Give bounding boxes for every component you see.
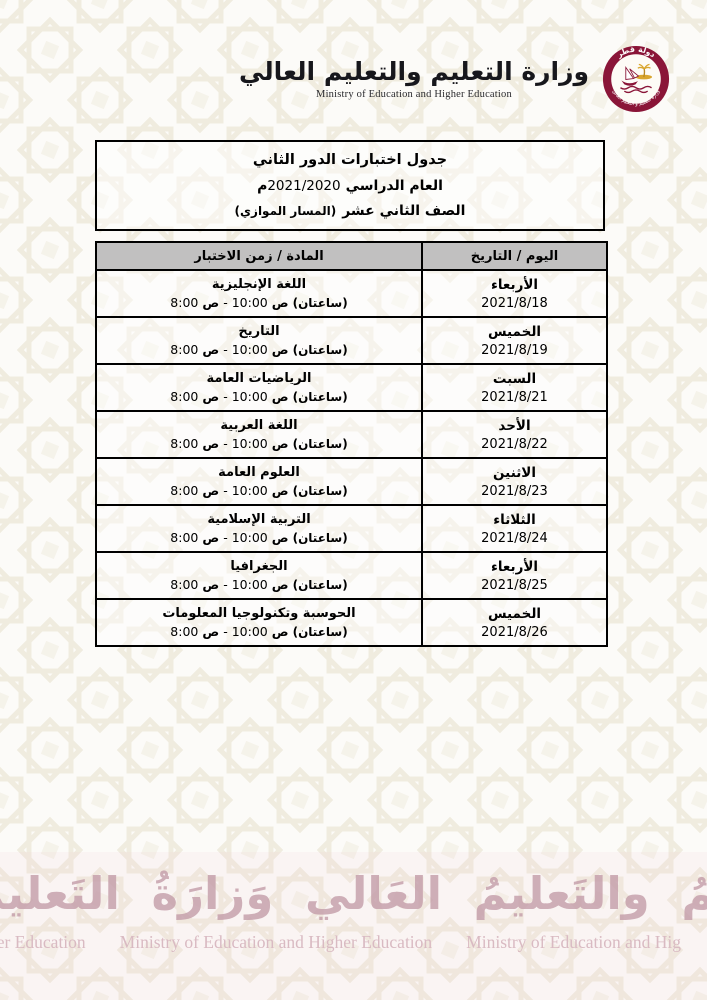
end-time: 10:00 [232, 436, 268, 451]
subject-cell: التاريخ 8:00 ص - 10:00 ص (ساعتان) [96, 317, 422, 364]
day-name: الأربعاء [423, 277, 606, 293]
end-time: 10:00 [232, 295, 268, 310]
exam-time: 8:00 ص - 10:00 ص (ساعتان) [97, 624, 421, 639]
academic-year-suffix: م [257, 178, 267, 194]
start-time: 8:00 [170, 295, 198, 310]
time-dash: - [223, 342, 228, 357]
am-marker: ص [202, 577, 219, 592]
duration-label: (ساعتان) [293, 437, 348, 451]
day-cell: السبت 2021/8/21 [422, 364, 607, 411]
exam-date: 2021/8/26 [423, 625, 606, 640]
day-name: الخميس [423, 606, 606, 622]
subject-cell: التربية الإسلامية 8:00 ص - 10:00 ص (ساعت… [96, 505, 422, 552]
qatar-emblem-icon: دولة قطر وزارة التعليم و التعليم العالي [601, 44, 671, 114]
start-time: 8:00 [170, 436, 198, 451]
grade-label: الصف الثاني عشر [342, 203, 465, 219]
table-row: التربية الإسلامية 8:00 ص - 10:00 ص (ساعت… [96, 505, 607, 552]
subject-cell: الرياضيات العامة 8:00 ص - 10:00 ص (ساعتا… [96, 364, 422, 411]
exam-date: 2021/8/18 [423, 296, 606, 311]
day-cell: الخميس 2021/8/26 [422, 599, 607, 646]
table-row: الرياضيات العامة 8:00 ص - 10:00 ص (ساعتا… [96, 364, 607, 411]
duration-label: (ساعتان) [293, 578, 348, 592]
ministry-name-arabic: وزارة التعليم والتعليم العالي [239, 58, 589, 86]
table-row: الحوسبة وتكنولوجيا المعلومات 8:00 ص - 10… [96, 599, 607, 646]
duration-label: (ساعتان) [293, 531, 348, 545]
subject-name: العلوم العامة [97, 465, 421, 480]
subject-cell: العلوم العامة 8:00 ص - 10:00 ص (ساعتان) [96, 458, 422, 505]
subject-name: الرياضيات العامة [97, 371, 421, 386]
time-dash: - [223, 530, 228, 545]
time-dash: - [223, 624, 228, 639]
day-cell: الخميس 2021/8/19 [422, 317, 607, 364]
subject-name: الحوسبة وتكنولوجيا المعلومات [97, 606, 421, 621]
schedule-title: جدول اختبارات الدور الثاني [253, 152, 447, 168]
subject-name: الجغرافيا [97, 559, 421, 574]
end-time: 10:00 [232, 389, 268, 404]
table-row: اللغة العربية 8:00 ص - 10:00 ص (ساعتان) … [96, 411, 607, 458]
duration-label: (ساعتان) [293, 390, 348, 404]
subject-name: التاريخ [97, 324, 421, 339]
am-marker: ص [272, 436, 289, 451]
am-marker: ص [272, 483, 289, 498]
day-cell: الاثنين 2021/8/23 [422, 458, 607, 505]
start-time: 8:00 [170, 577, 198, 592]
watermark-english-segment: her Education [0, 932, 86, 953]
time-dash: - [223, 295, 228, 310]
subject-cell: اللغة العربية 8:00 ص - 10:00 ص (ساعتان) [96, 411, 422, 458]
am-marker: ص [202, 295, 219, 310]
end-time: 10:00 [232, 483, 268, 498]
ministry-header: وزارة التعليم والتعليم العالي Ministry o… [239, 44, 671, 114]
day-name: السبت [423, 371, 606, 387]
subject-name: اللغة الإنجليزية [97, 277, 421, 292]
am-marker: ص [272, 389, 289, 404]
time-dash: - [223, 389, 228, 404]
day-name: الأربعاء [423, 559, 606, 575]
watermark-english: her EducationMinistry of Education and H… [0, 932, 707, 953]
duration-label: (ساعتان) [293, 625, 348, 639]
start-time: 8:00 [170, 483, 198, 498]
ministry-name-english: Ministry of Education and Higher Educati… [316, 89, 512, 100]
day-name: الخميس [423, 324, 606, 340]
start-time: 8:00 [170, 624, 198, 639]
subject-cell: الجغرافيا 8:00 ص - 10:00 ص (ساعتان) [96, 552, 422, 599]
am-marker: ص [202, 389, 219, 404]
exam-time: 8:00 ص - 10:00 ص (ساعتان) [97, 295, 421, 310]
day-name: الاثنين [423, 465, 606, 481]
day-cell: الأربعاء 2021/8/18 [422, 270, 607, 317]
time-dash: - [223, 436, 228, 451]
table-row: التاريخ 8:00 ص - 10:00 ص (ساعتان) الخميس… [96, 317, 607, 364]
am-marker: ص [272, 295, 289, 310]
exam-time: 8:00 ص - 10:00 ص (ساعتان) [97, 436, 421, 451]
subject-name: اللغة العربية [97, 418, 421, 433]
am-marker: ص [272, 530, 289, 545]
exam-date: 2021/8/21 [423, 390, 606, 405]
exam-date: 2021/8/23 [423, 484, 606, 499]
am-marker: ص [272, 577, 289, 592]
subject-name: التربية الإسلامية [97, 512, 421, 527]
time-dash: - [223, 483, 228, 498]
subject-cell: اللغة الإنجليزية 8:00 ص - 10:00 ص (ساعتا… [96, 270, 422, 317]
exam-date: 2021/8/24 [423, 531, 606, 546]
am-marker: ص [202, 483, 219, 498]
academic-year-value: 2021/2020 [267, 178, 340, 194]
end-time: 10:00 [232, 624, 268, 639]
end-time: 10:00 [232, 342, 268, 357]
am-marker: ص [272, 342, 289, 357]
day-cell: الثلاثاء 2021/8/24 [422, 505, 607, 552]
grade-line: الصف الثاني عشر (المسار الموازي) [235, 203, 466, 219]
exam-time: 8:00 ص - 10:00 ص (ساعتان) [97, 577, 421, 592]
watermark-arabic: ليمُ والتَعليمُ العَالي وَزارَةُ التَعلي… [0, 860, 707, 928]
ministry-wordmark: وزارة التعليم والتعليم العالي Ministry o… [239, 58, 589, 101]
day-cell: الأربعاء 2021/8/25 [422, 552, 607, 599]
subject-column-header: المادة / زمن الاختبار [96, 242, 422, 270]
time-dash: - [223, 577, 228, 592]
am-marker: ص [202, 624, 219, 639]
start-time: 8:00 [170, 342, 198, 357]
duration-label: (ساعتان) [293, 343, 348, 357]
end-time: 10:00 [232, 530, 268, 545]
exam-date: 2021/8/19 [423, 343, 606, 358]
document-page: وزارة التعليم والتعليم العالي Ministry o… [0, 0, 707, 1000]
am-marker: ص [272, 624, 289, 639]
table-row: اللغة الإنجليزية 8:00 ص - 10:00 ص (ساعتا… [96, 270, 607, 317]
day-column-header: اليوم / التاريخ [422, 242, 607, 270]
table-header-row: المادة / زمن الاختبار اليوم / التاريخ [96, 242, 607, 270]
watermark-english-segment: Ministry of Education and Higher Educati… [120, 932, 433, 953]
start-time: 8:00 [170, 530, 198, 545]
duration-label: (ساعتان) [293, 296, 348, 310]
exam-time: 8:00 ص - 10:00 ص (ساعتان) [97, 389, 421, 404]
table-row: الجغرافيا 8:00 ص - 10:00 ص (ساعتان) الأر… [96, 552, 607, 599]
am-marker: ص [202, 342, 219, 357]
track-label: (المسار الموازي) [235, 204, 337, 218]
title-box: جدول اختبارات الدور الثاني العام الدراسي… [95, 140, 605, 231]
am-marker: ص [202, 530, 219, 545]
exam-time: 8:00 ص - 10:00 ص (ساعتان) [97, 483, 421, 498]
exam-date: 2021/8/25 [423, 578, 606, 593]
exam-time: 8:00 ص - 10:00 ص (ساعتان) [97, 530, 421, 545]
end-time: 10:00 [232, 577, 268, 592]
table-row: العلوم العامة 8:00 ص - 10:00 ص (ساعتان) … [96, 458, 607, 505]
am-marker: ص [202, 436, 219, 451]
watermark-english-segment: Ministry of Education and Hig [466, 932, 681, 953]
academic-year-label: العام الدراسي [346, 178, 443, 194]
duration-label: (ساعتان) [293, 484, 348, 498]
exam-time: 8:00 ص - 10:00 ص (ساعتان) [97, 342, 421, 357]
exam-schedule-table: المادة / زمن الاختبار اليوم / التاريخ ال… [95, 241, 608, 647]
start-time: 8:00 [170, 389, 198, 404]
academic-year-line: العام الدراسي 2021/2020م [257, 178, 443, 194]
day-name: الأحد [423, 418, 606, 434]
exam-date: 2021/8/22 [423, 437, 606, 452]
day-cell: الأحد 2021/8/22 [422, 411, 607, 458]
day-name: الثلاثاء [423, 512, 606, 528]
subject-cell: الحوسبة وتكنولوجيا المعلومات 8:00 ص - 10… [96, 599, 422, 646]
